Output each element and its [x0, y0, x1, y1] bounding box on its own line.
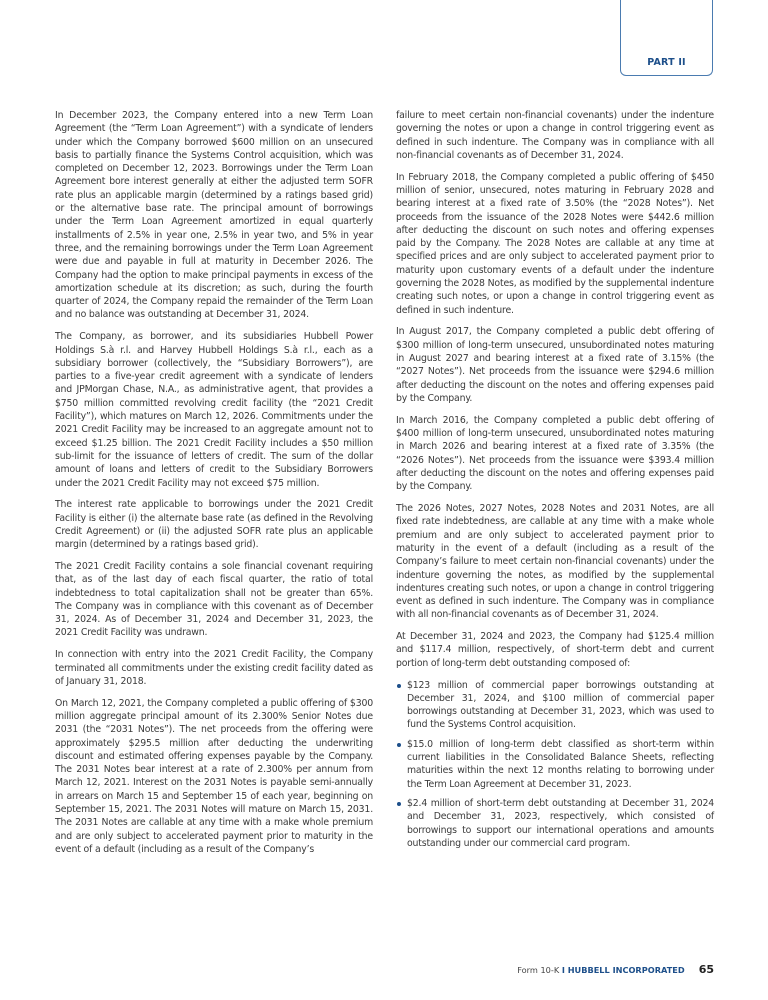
list-item-text: $15.0 million of long-term debt classifi…: [407, 739, 714, 790]
list-item: $15.0 million of long-term debt classifi…: [396, 738, 714, 791]
list-item: $123 million of commercial paper borrowi…: [396, 679, 714, 732]
paragraph-2031-notes-continued: failure to meet certain non-financial co…: [396, 109, 714, 162]
paragraph-term-loan: In December 2023, the Company entered in…: [55, 109, 373, 322]
left-column: In December 2023, the Company entered in…: [55, 109, 373, 865]
paragraph-credit-agreement: The Company, as borrower, and its subsid…: [55, 330, 373, 490]
bullet-icon: [397, 684, 401, 688]
page-number: 65: [699, 963, 714, 976]
page-footer: Form 10-K I HUBBELL INCORPORATED65: [500, 963, 714, 976]
list-item: $2.4 million of short-term debt outstand…: [396, 797, 714, 850]
paragraph-short-term-debt: At December 31, 2024 and 2023, the Compa…: [396, 630, 714, 670]
paragraph-2027-notes: In August 2017, the Company completed a …: [396, 325, 714, 405]
bullet-icon: [397, 802, 401, 806]
list-item-text: $123 million of commercial paper borrowi…: [407, 680, 714, 731]
paragraph-2031-notes: On March 12, 2021, the Company completed…: [55, 697, 373, 857]
form-label: Form 10-K: [517, 965, 562, 975]
company-label: I HUBBELL INCORPORATED: [562, 965, 685, 975]
paragraph-2028-notes: In February 2018, the Company completed …: [396, 171, 714, 317]
paragraph-interest-rate: The interest rate applicable to borrowin…: [55, 498, 373, 551]
paragraph-fixed-rate-notes: The 2026 Notes, 2027 Notes, 2028 Notes a…: [396, 502, 714, 622]
section-tab: PART II: [620, 0, 713, 76]
list-item-text: $2.4 million of short-term debt outstand…: [407, 798, 714, 849]
paragraph-terminated-commitments: In connection with entry into the 2021 C…: [55, 648, 373, 688]
bullet-icon: [397, 743, 401, 747]
paragraph-financial-covenant: The 2021 Credit Facility contains a sole…: [55, 560, 373, 640]
paragraph-2026-notes: In March 2016, the Company completed a p…: [396, 414, 714, 494]
short-term-debt-list: $123 million of commercial paper borrowi…: [396, 679, 714, 851]
right-column: failure to meet certain non-financial co…: [396, 109, 714, 856]
section-tab-label: PART II: [621, 57, 712, 68]
